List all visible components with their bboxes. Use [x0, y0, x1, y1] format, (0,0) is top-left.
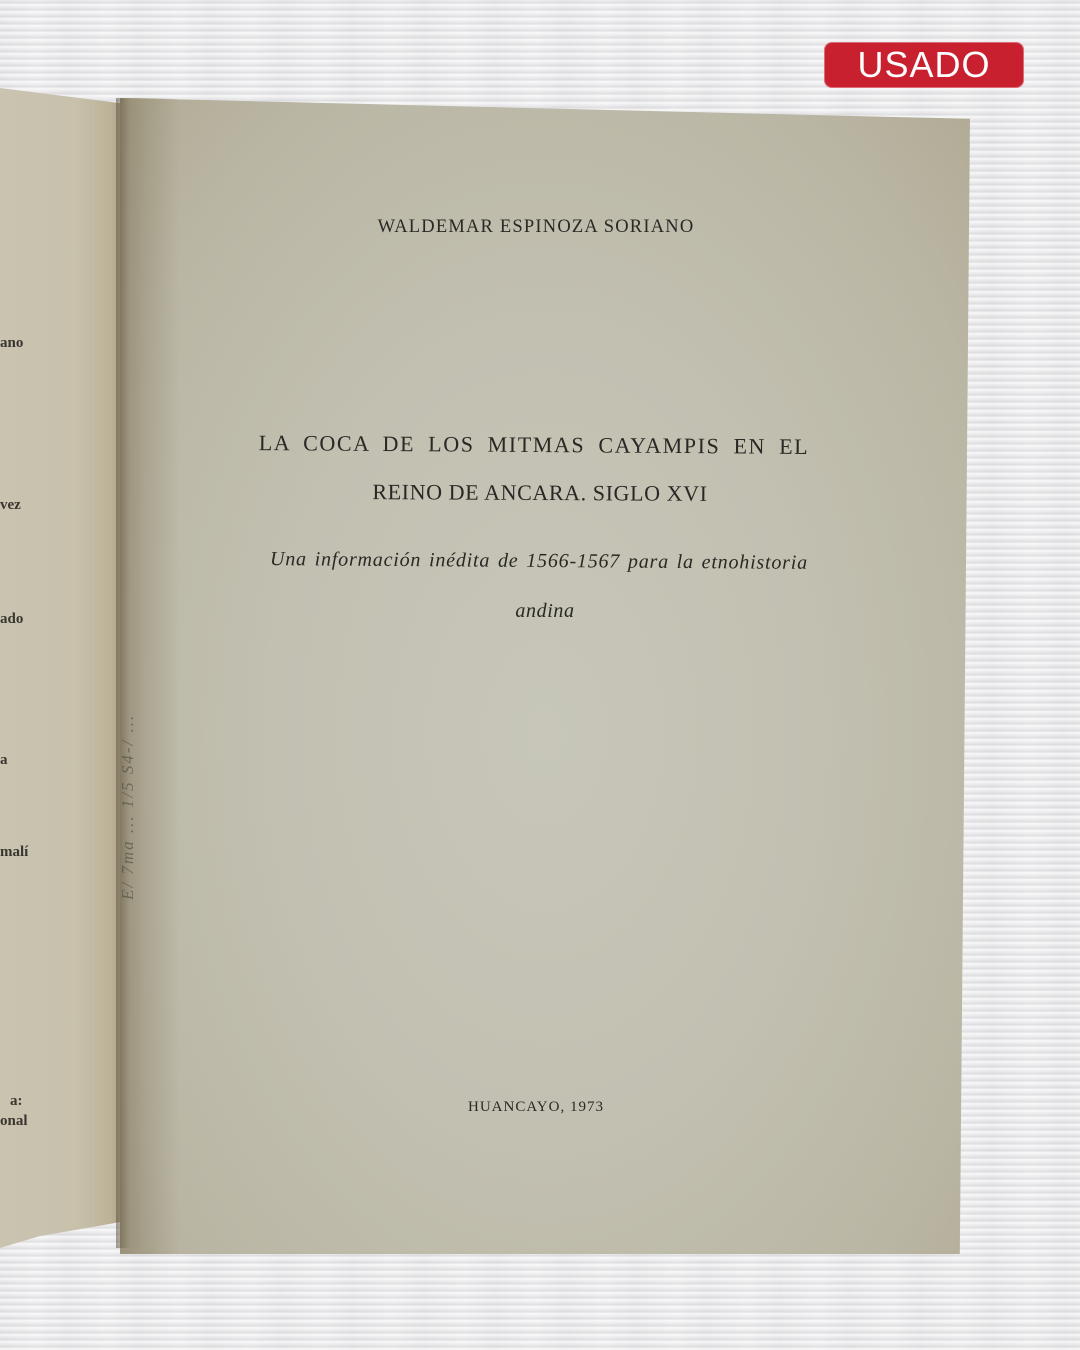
- left-page-fragment: onal: [0, 1113, 28, 1130]
- book-subtitle-line-2: andina: [515, 600, 574, 623]
- book-subtitle-line-1: Una información inédita de 1566-1567 par…: [270, 548, 808, 575]
- left-page-fragment: malí: [0, 844, 28, 861]
- publication-place-year: HUANCAYO, 1973: [468, 1099, 604, 1116]
- book-title-line-1: LA COCA DE LOS MITMAS CAYAMPIS EN EL: [259, 430, 810, 460]
- condition-badge: USADO: [824, 42, 1024, 88]
- title-page: [120, 98, 970, 1254]
- left-page-fragment: ano: [0, 335, 23, 352]
- left-page-fragment: a:: [10, 1093, 23, 1110]
- left-page-fragment: a: [0, 752, 8, 769]
- book-title-line-2: REINO DE ANCARA. SIGLO XVI: [372, 479, 707, 507]
- handwritten-note: E/ 7ma ... 1/5 S4-/ ...: [118, 280, 158, 900]
- left-page-fragment: ado: [0, 611, 23, 628]
- left-page-fragment: vez: [0, 497, 21, 514]
- book-author: WALDEMAR ESPINOZA SORIANO: [378, 217, 695, 238]
